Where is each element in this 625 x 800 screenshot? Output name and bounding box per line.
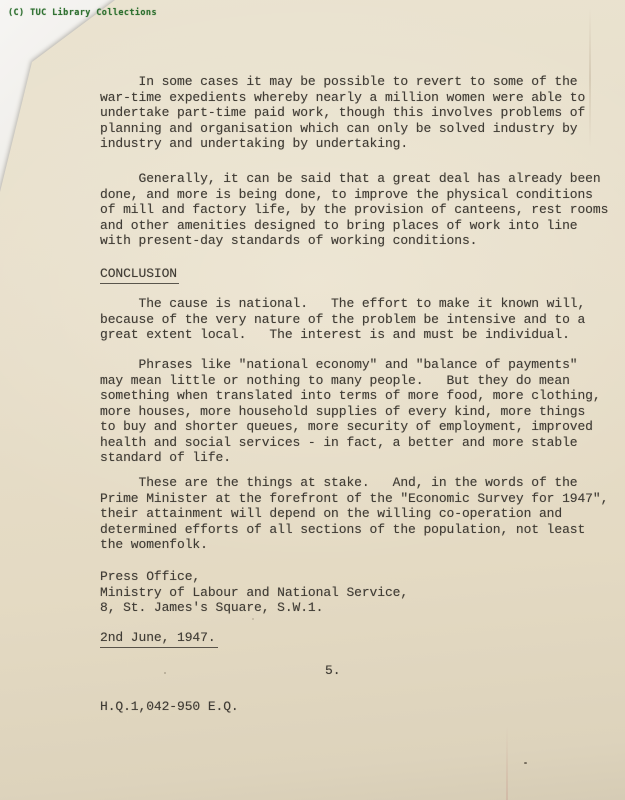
text-line: with present-day standards of working co… xyxy=(100,233,608,249)
text-line: their attainment will depend on the will… xyxy=(100,506,608,522)
text-line: planning and organisation which can only… xyxy=(100,121,585,137)
text-line: war-time expedients whereby nearly a mil… xyxy=(100,90,585,106)
text-line: determined efforts of all sections of th… xyxy=(100,522,608,538)
scanned-document-page: (C) TUC Library Collections In some case… xyxy=(0,0,625,800)
text-line: industry and undertaking by undertaking. xyxy=(100,136,585,152)
heading-conclusion: CONCLUSION xyxy=(100,266,179,284)
document-date: 2nd June, 1947. xyxy=(100,630,218,648)
section-heading: CONCLUSION xyxy=(100,266,179,284)
text-line: may mean little or nothing to many peopl… xyxy=(100,373,601,389)
text-line: Phrases like "national economy" and "bal… xyxy=(100,357,601,373)
text-line: to buy and shorter queues, more security… xyxy=(100,419,601,435)
paragraph-2: Generally, it can be said that a great d… xyxy=(100,171,608,249)
address-line: Press Office, xyxy=(100,569,408,585)
text-line: of mill and factory life, by the provisi… xyxy=(100,202,608,218)
text-line: done, and more is being done, to improve… xyxy=(100,187,608,203)
paragraph-4: Phrases like "national economy" and "bal… xyxy=(100,357,601,466)
date-text: 2nd June, 1947. xyxy=(100,630,218,648)
text-line: undertake part-time paid work, though th… xyxy=(100,105,585,121)
copyright-watermark: (C) TUC Library Collections xyxy=(8,8,157,18)
text-line: Generally, it can be said that a great d… xyxy=(100,171,608,187)
reference-number: H.Q.1,042-950 E.Q. xyxy=(100,699,239,715)
paragraph-3: The cause is national. The effort to mak… xyxy=(100,296,585,343)
text-line: standard of life. xyxy=(100,450,601,466)
text-line: The cause is national. The effort to mak… xyxy=(100,296,585,312)
text-line: health and social services - in fact, a … xyxy=(100,435,601,451)
text-line: and other amenities designed to bring pl… xyxy=(100,218,608,234)
text-line: These are the things at stake. And, in t… xyxy=(100,475,608,491)
text-line: great extent local. The interest is and … xyxy=(100,327,585,343)
sender-address: Press Office, Ministry of Labour and Nat… xyxy=(100,569,408,616)
text-line: something when translated into terms of … xyxy=(100,388,601,404)
paragraph-5: These are the things at stake. And, in t… xyxy=(100,475,608,553)
address-line: 8, St. James's Square, S.W.1. xyxy=(100,600,408,616)
text-line: In some cases it may be possible to reve… xyxy=(100,74,585,90)
text-line: Prime Minister at the forefront of the "… xyxy=(100,491,608,507)
paragraph-1: In some cases it may be possible to reve… xyxy=(100,74,585,152)
page-number: 5. xyxy=(325,663,340,679)
text-line: because of the very nature of the proble… xyxy=(100,312,585,328)
address-line: Ministry of Labour and National Service, xyxy=(100,585,408,601)
text-line: more houses, more household supplies of … xyxy=(100,404,601,420)
text-line: the womenfolk. xyxy=(100,537,608,553)
